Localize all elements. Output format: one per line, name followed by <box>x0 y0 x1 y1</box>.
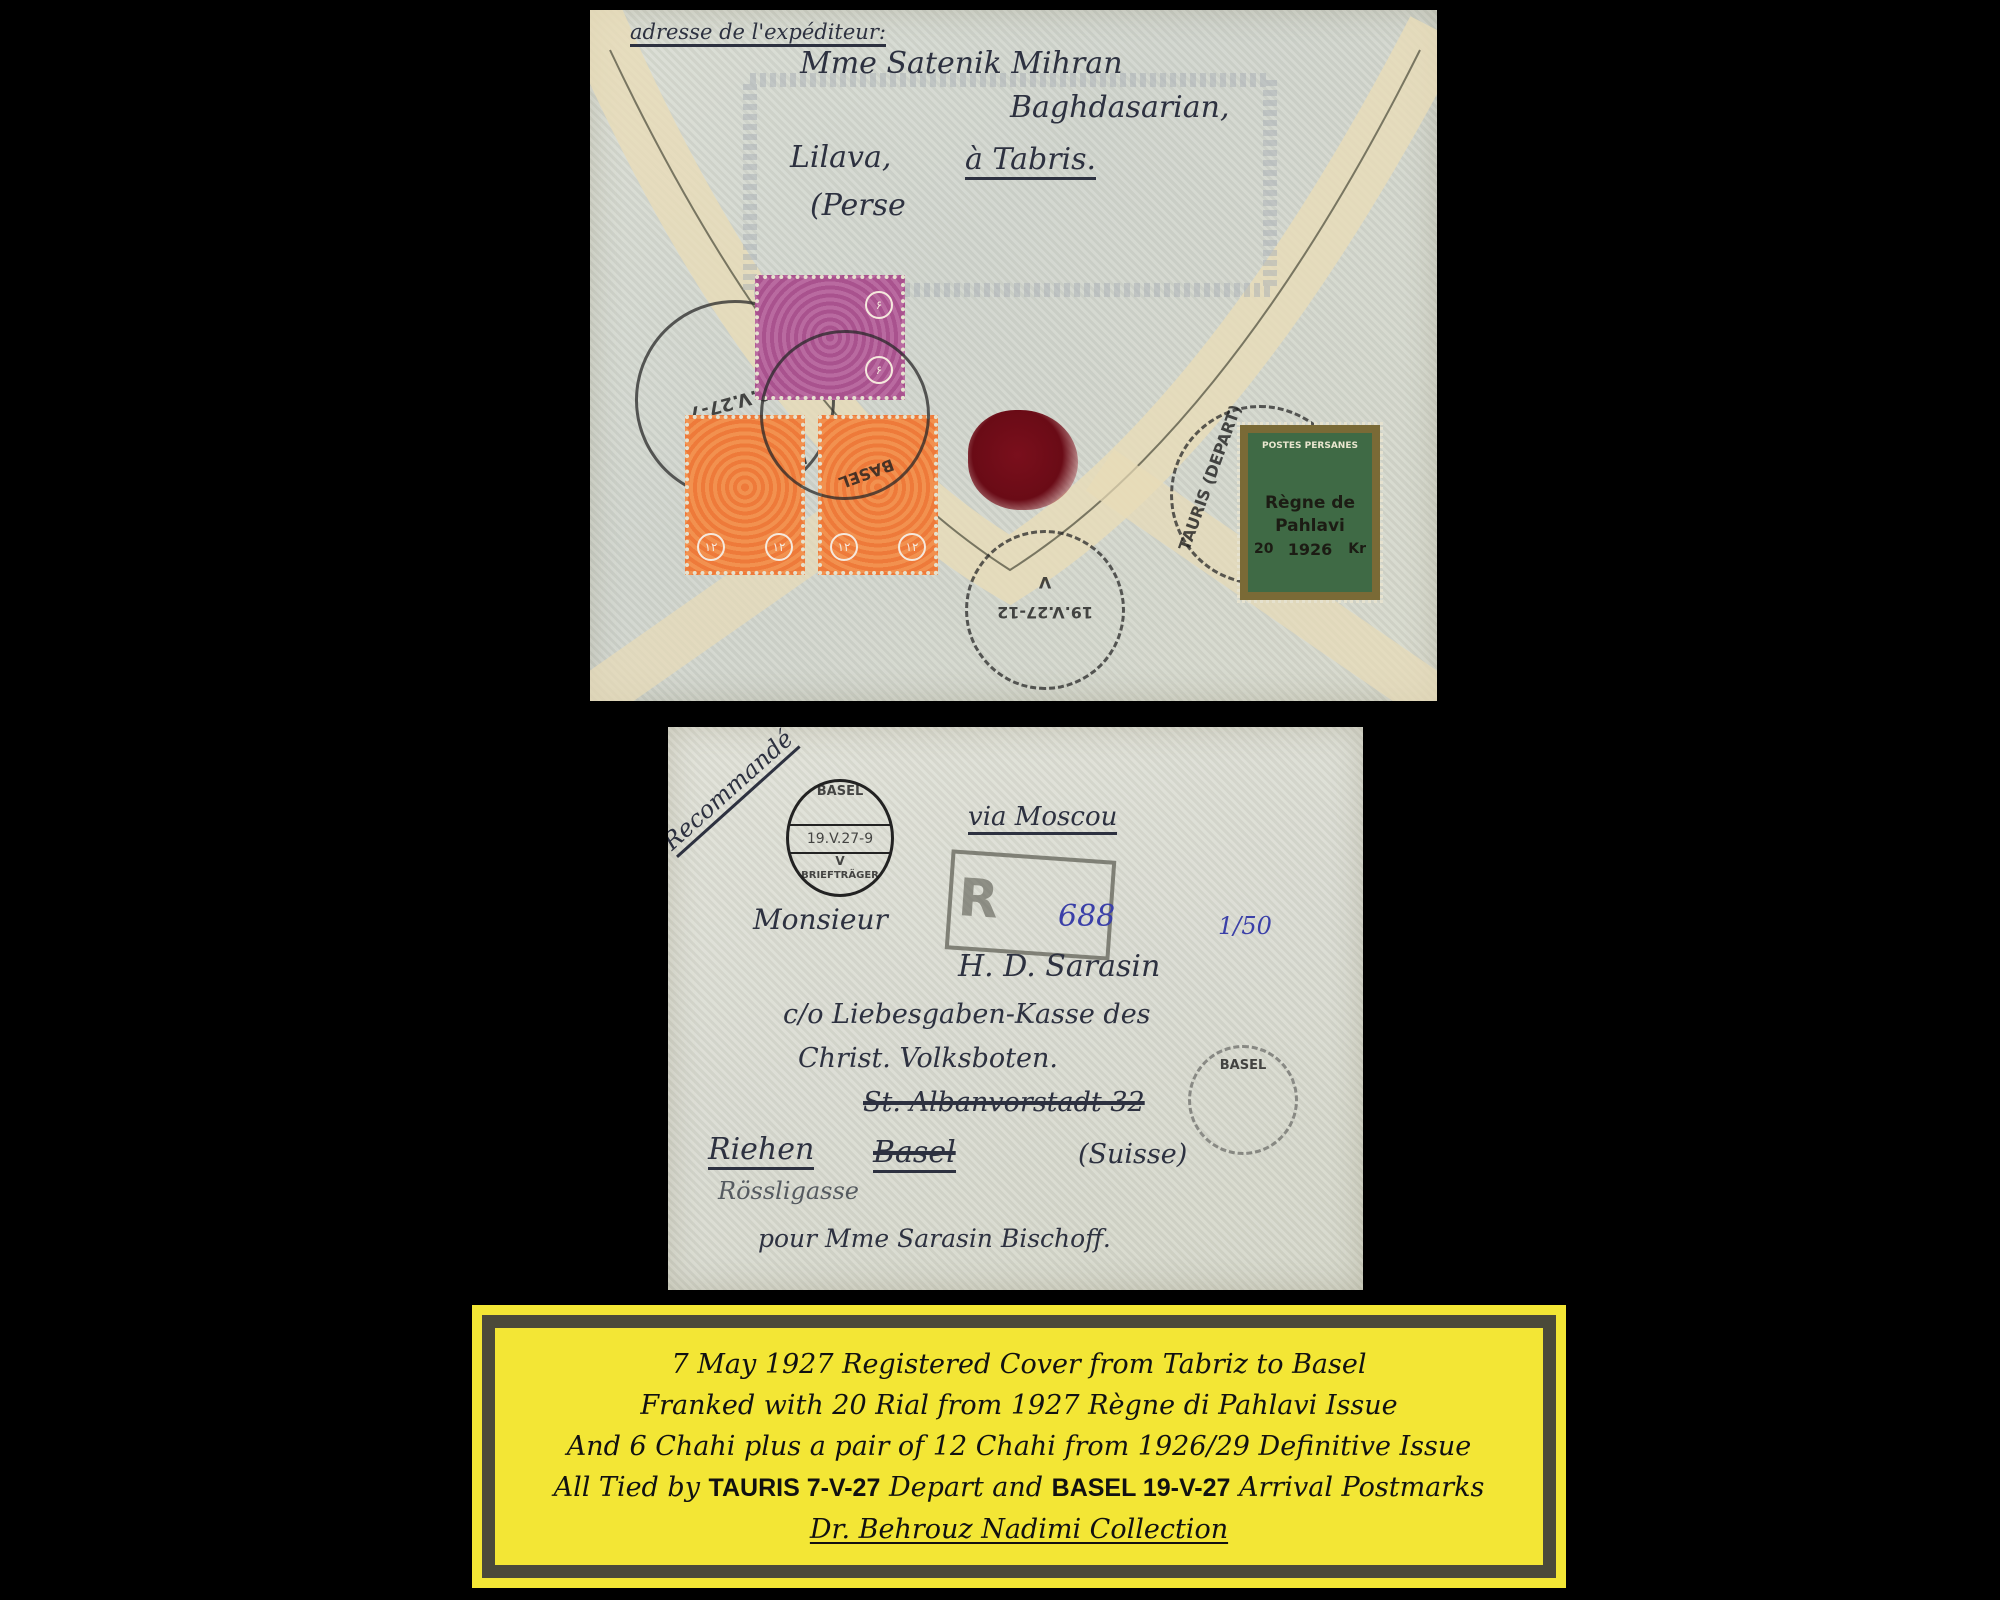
caption-line-title: 7 May 1927 Registered Cover from Tabriz … <box>671 1344 1366 1385</box>
caption-border: 7 May 1927 Registered Cover from Tabriz … <box>482 1315 1556 1578</box>
postmark-location: BASEL <box>1191 1058 1295 1073</box>
postmark-label: BRIEFTRÄGER <box>789 870 891 881</box>
sender-city: à Tabris. <box>965 142 1096 180</box>
stamp-denomination: ۶ <box>865 291 893 319</box>
stamp-currency: Kr <box>1348 541 1366 557</box>
envelope-back: adresse de l'expéditeur: Mme Satenik Mih… <box>590 10 1437 701</box>
caption-collection-credit: Dr. Behrouz Nadimi Collection <box>810 1509 1228 1550</box>
stamp-20-kran-regne-de-pahlavi: POSTES PERSANES Règne de Pahlavi 1926 20… <box>1240 425 1380 600</box>
stamp-overprint-line1: Règne de <box>1248 493 1372 513</box>
address-street-new: Rössligasse <box>718 1177 859 1205</box>
postmark-sub: V <box>968 573 1122 592</box>
stamp-denomination: ۱۲ <box>830 533 858 561</box>
postmark-basel-arrival: BASEL <box>1188 1045 1298 1155</box>
address-name: H. D. Sarasin <box>958 949 1160 984</box>
registration-fraction: 1/50 <box>1218 912 1272 940</box>
caption-line-franking: Franked with 20 Rial from 1927 Règne di … <box>640 1385 1397 1426</box>
routing-note: via Moscou <box>968 802 1117 835</box>
postmark-basel-front: BASEL 19.V.27-9 V BRIEFTRÄGER <box>786 779 894 897</box>
caption-text: All Tied by <box>554 1472 709 1503</box>
postmark-basel-12: 19.V.27-12 V <box>965 530 1125 690</box>
registration-number: 688 <box>1058 899 1115 934</box>
stamp-denomination: ۱۲ <box>697 533 725 561</box>
address-city-struck: Basel <box>873 1135 956 1173</box>
stamp-value: 20 <box>1254 541 1273 557</box>
stamp-header: POSTES PERSANES <box>1248 441 1372 451</box>
envelope-front: Recommandé BASEL 19.V.27-9 V BRIEFTRÄGER… <box>668 727 1363 1290</box>
stamp-denomination: ۱۲ <box>898 533 926 561</box>
address-note: pour Mme Sarasin Bischoff. <box>758 1224 1111 1253</box>
postmark-sub: V <box>789 854 891 868</box>
address-city-new: Riehen <box>708 1132 814 1170</box>
address-salutation: Monsieur <box>753 903 888 936</box>
stamp-overprint-line2: Pahlavi <box>1248 516 1372 536</box>
caption-arrival-postmark: BASEL 19-V-27 <box>1052 1474 1231 1502</box>
address-line1: c/o Liebesgaben-Kasse des <box>783 999 1151 1030</box>
address-line2: Christ. Volksboten. <box>798 1043 1058 1074</box>
caption-line-definitives: And 6 Chahi plus a pair of 12 Chahi from… <box>567 1426 1472 1467</box>
registration-letter: R <box>956 868 1000 931</box>
postmark-date: 19.V.27-9 <box>789 824 891 854</box>
sender-surname: Baghdasarian, <box>1010 90 1230 125</box>
address-line3-struck: St. Albanvorstadt 32 <box>863 1087 1145 1118</box>
caption-line-postmarks: All Tied by TAURIS 7-V-27 Depart and BAS… <box>554 1467 1485 1509</box>
sender-district: Lilava, <box>790 140 891 175</box>
caption-card: 7 May 1927 Registered Cover from Tabriz … <box>472 1305 1566 1588</box>
wax-seal <box>968 410 1078 510</box>
caption-depart-postmark: TAURIS 7-V-27 <box>709 1474 881 1502</box>
address-country: (Suisse) <box>1078 1139 1187 1170</box>
sender-country: (Perse <box>810 188 906 223</box>
postmark-location: BASEL <box>789 784 891 799</box>
postmark-date: 19.V.27-12 <box>968 603 1122 622</box>
recommande-note: Recommandé <box>668 727 801 858</box>
caption-text: Depart and <box>880 1472 1051 1503</box>
caption-text: Arrival Postmarks <box>1230 1472 1484 1503</box>
sender-name: Mme Satenik Mihran <box>800 46 1123 81</box>
stamp-denomination: ۱۲ <box>765 533 793 561</box>
sender-label: adresse de l'expéditeur: <box>630 20 886 47</box>
